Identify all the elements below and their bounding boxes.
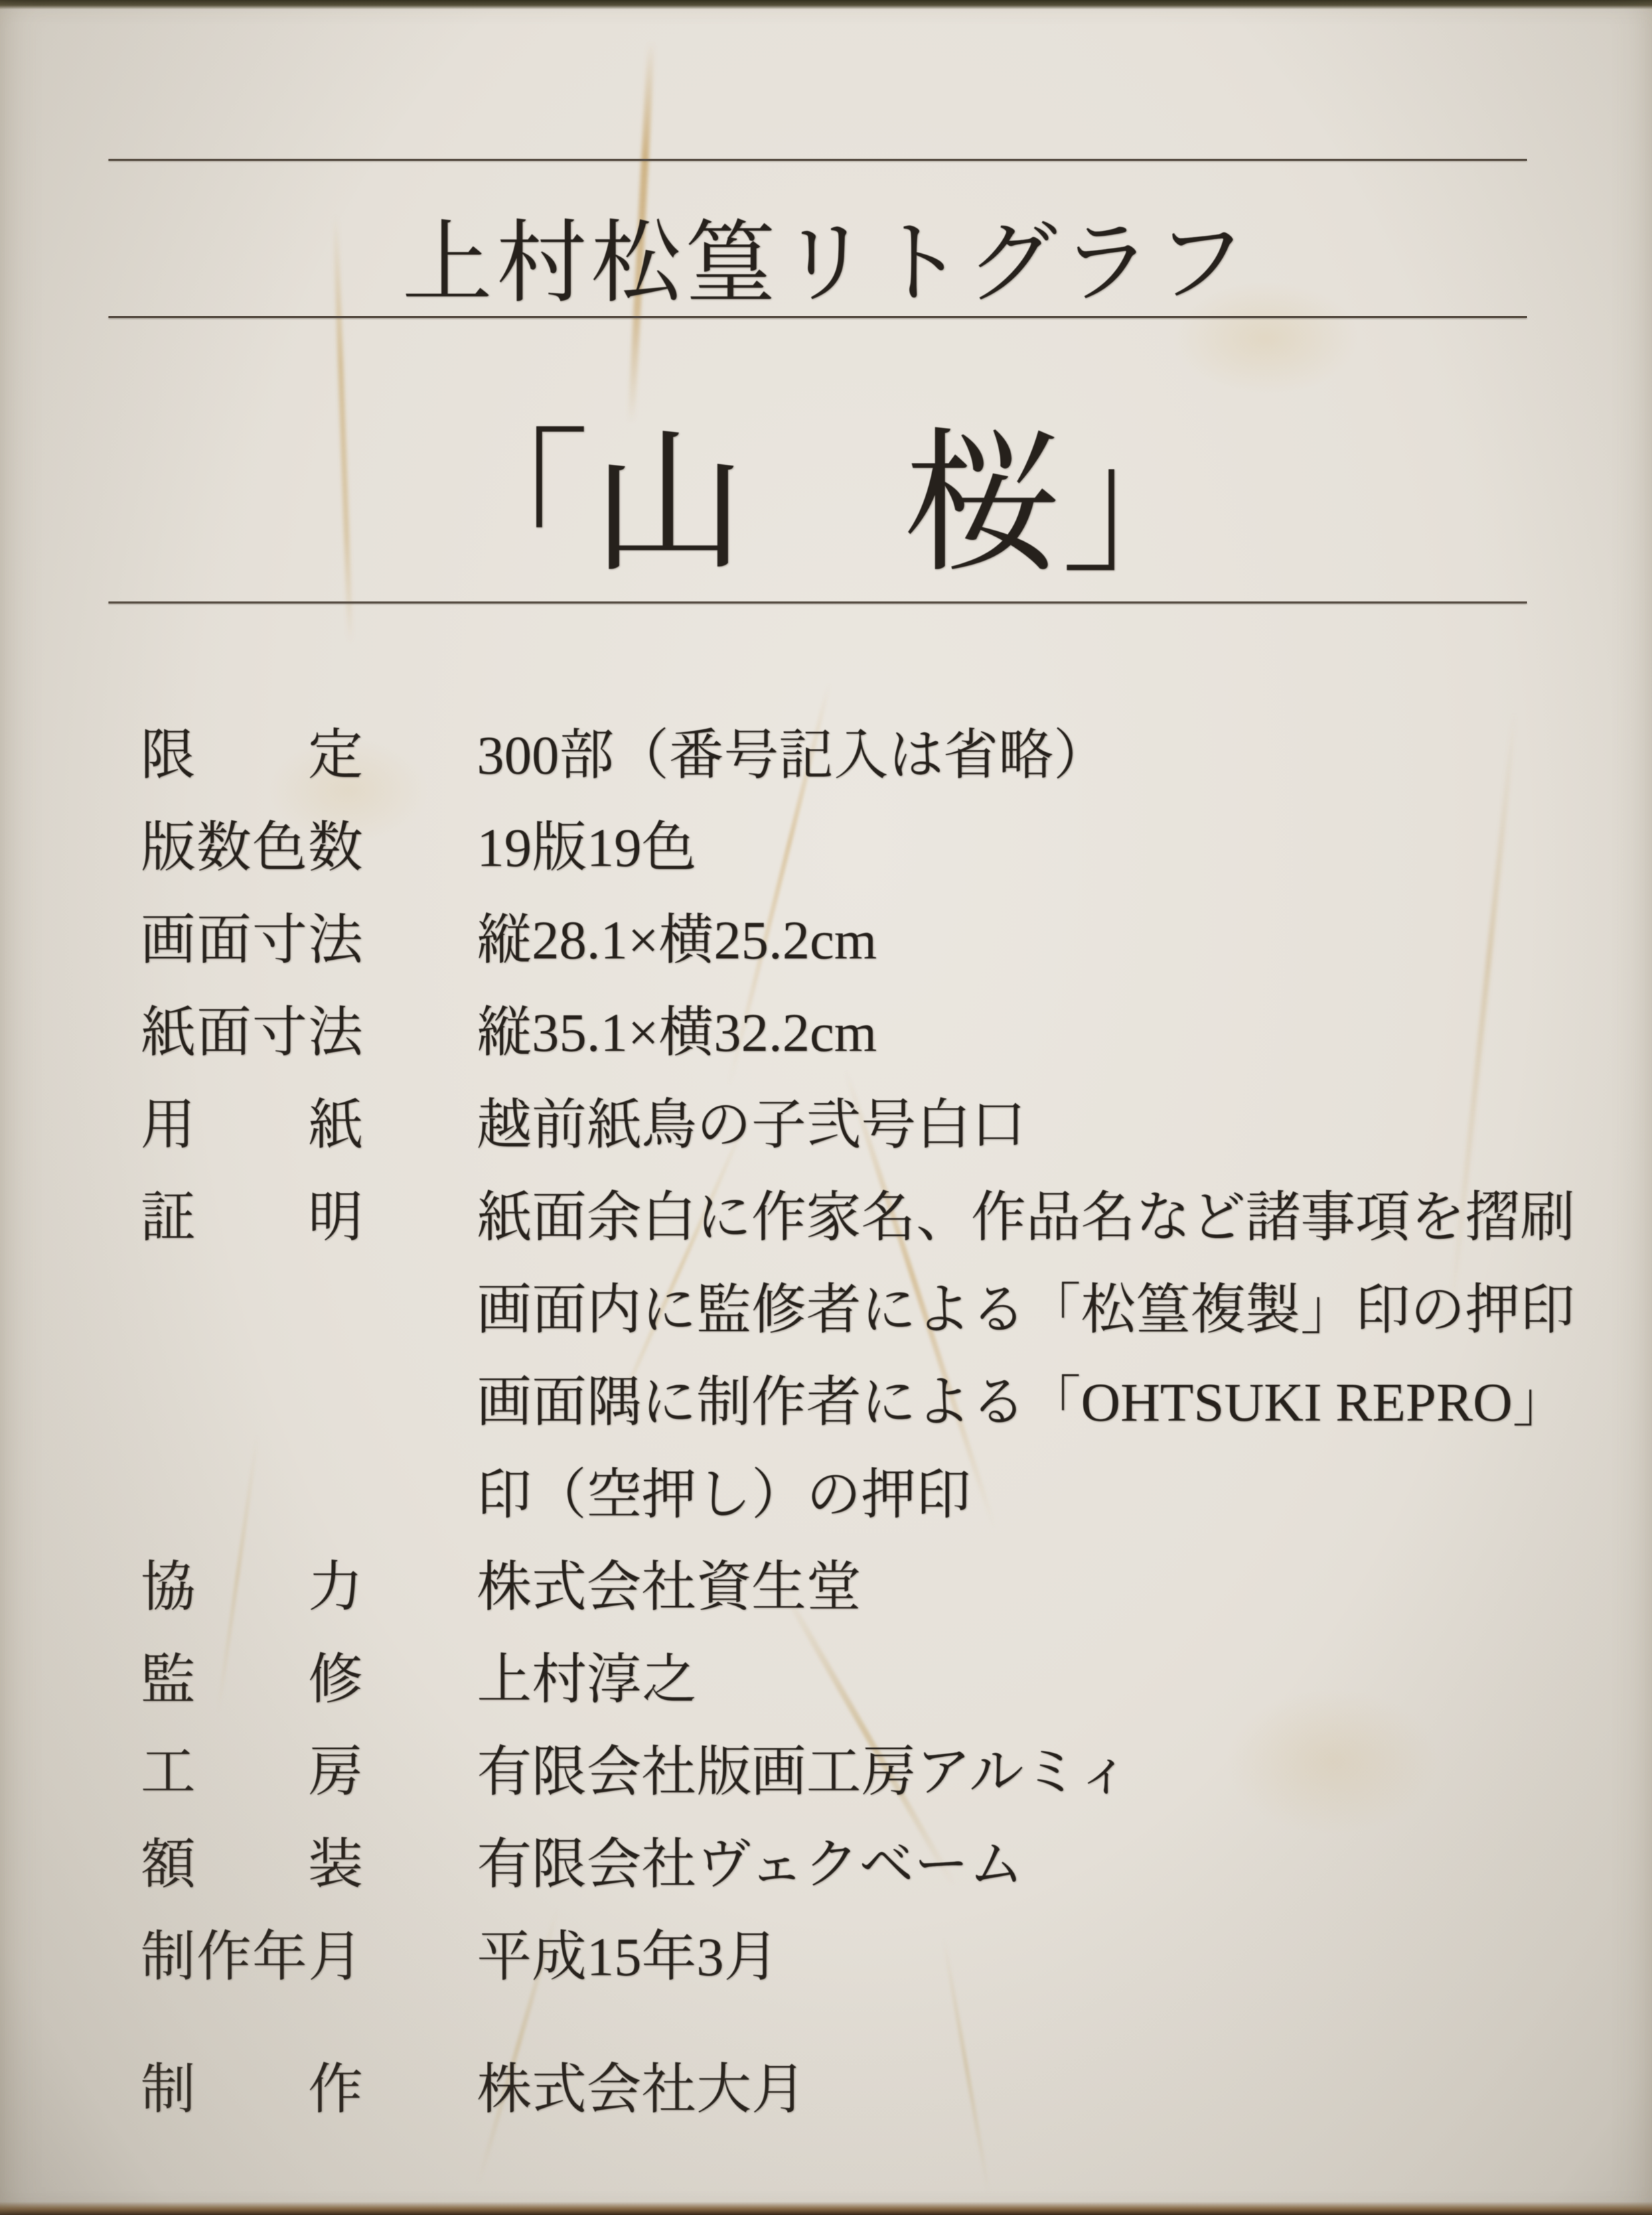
photo-top-edge [0,0,1652,9]
spec-value: 紙面余白に作家名、作品名など諸事項を摺刷 [477,1173,1575,1252]
spec-value: 平成15年3月 [477,1913,779,1991]
spec-row-framing: 額装 有限会社ヴェクベーム [141,1813,1558,1906]
spec-value: 有限会社ヴェクベーム [477,1820,1024,1899]
spec-label: 制作年月 [141,1913,363,1991]
spec-value: 株式会社大月 [477,2046,806,2124]
spec-row-production-date: 制作年月 平成15年3月 [141,1906,1558,1998]
spec-label: 用紙 [141,1081,363,1159]
spec-label: 制作 [141,2046,363,2124]
spec-row-paper-size: 紙面寸法 縦35.1×横32.2cm [141,981,1558,1074]
spec-label: 証明 [141,1173,363,1252]
spec-value: 上村淳之 [477,1636,696,1714]
spec-label: 協力 [141,1543,363,1622]
spec-value: 有限会社版画工房アルミィ [477,1728,1131,1806]
certificate-label-photo: 上村松篁リトグラフ 「山 桜」 限定 300部（番号記入は省略） 版数色数 19… [0,0,1652,2215]
spec-value: 300部（番号記入は省略） [477,711,1108,790]
spec-label: 版数色数 [141,804,363,882]
spec-row-supervision: 監修 上村淳之 [141,1628,1558,1721]
spec-list: 限定 300部（番号記入は省略） 版数色数 19版19色 画面寸法 縦28.1×… [141,704,1558,2131]
spec-row-limited-edition: 限定 300部（番号記入は省略） [141,704,1558,796]
spec-row-plates-colors: 版数色数 19版19色 [141,796,1558,889]
artwork-title: 「山 桜」 [0,379,1652,602]
photo-bottom-edge [0,2202,1652,2215]
spec-gap [141,1998,1558,2038]
spec-row-production: 制作 株式会社大月 [141,2038,1558,2131]
header-title: 上村松篁リトグラフ [0,190,1652,320]
spec-label: 工房 [141,1728,363,1806]
spec-label: 紙面寸法 [141,989,363,1067]
spec-row-certification-line-2: 画面内に監修者による「松篁複製」印の押印 [141,1259,1558,1351]
spec-value: 縦28.1×横25.2cm [477,896,877,975]
spec-value: 画面隅に制作者による「OHTSUKI REPRO」 [477,1358,1568,1437]
spec-row-certification-line-4: 印（空押し）の押印 [141,1443,1558,1536]
spec-label: 額装 [141,1820,363,1899]
spec-value: 画面内に監修者による「松篁複製」印の押印 [477,1266,1575,1344]
spec-label: 監修 [141,1636,363,1714]
spec-row-certification: 証明 紙面余白に作家名、作品名など諸事項を摺刷 [141,1166,1558,1259]
spec-row-studio: 工房 有限会社版画工房アルミィ [141,1721,1558,1813]
spec-value: 越前紙鳥の子弐号白口 [477,1081,1026,1159]
spec-value: 縦35.1×横32.2cm [477,989,877,1067]
spec-value: 株式会社資生堂 [477,1543,861,1622]
spec-value: 印（空押し）の押印 [477,1451,971,1529]
spec-value: 19版19色 [477,804,696,882]
spec-label: 限定 [141,711,363,790]
header-rule-top [108,159,1527,161]
spec-label: 画面寸法 [141,896,363,975]
spec-row-certification-line-3: 画面隅に制作者による「OHTSUKI REPRO」 [141,1351,1558,1443]
spec-row-paper: 用紙 越前紙鳥の子弐号白口 [141,1074,1558,1166]
spec-row-cooperation: 協力 株式会社資生堂 [141,1536,1558,1628]
spec-row-image-size: 画面寸法 縦28.1×横25.2cm [141,889,1558,981]
